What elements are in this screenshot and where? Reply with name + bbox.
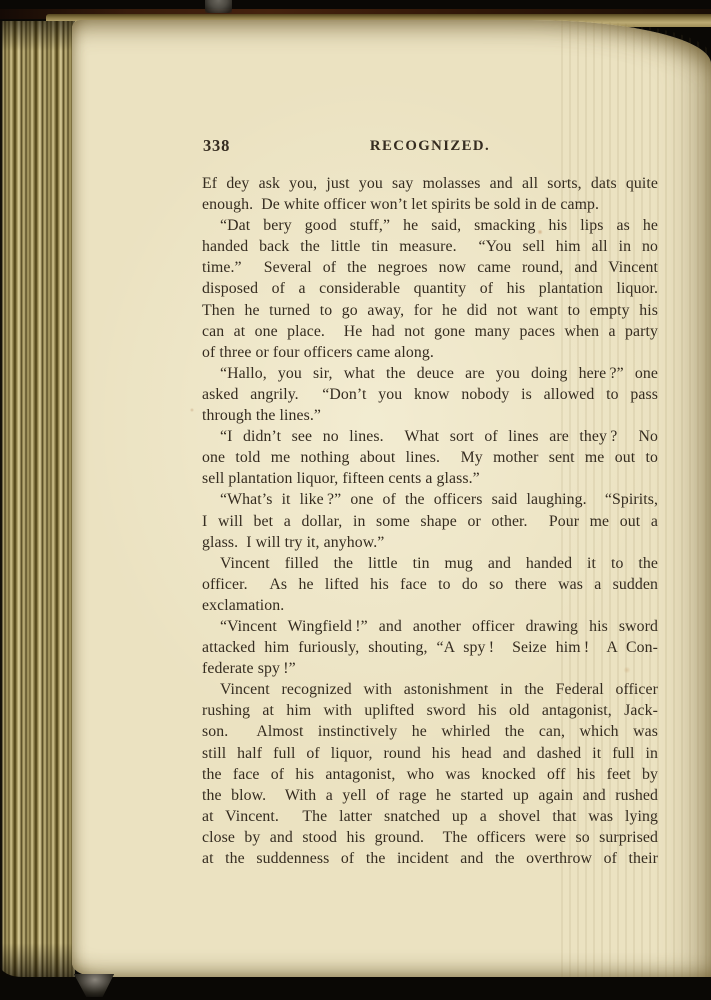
text-line: disposed of a considerable quantity of h… <box>202 278 658 299</box>
text-block: 338 RECOGNIZED. Ef dey ask you, just you… <box>202 136 658 869</box>
book-stand-mark <box>205 0 232 13</box>
text-line: glass. I will try it, anyhow.” <box>202 532 658 553</box>
text-line: son. Almost instinctively he whirled the… <box>202 721 658 742</box>
text-line: still half full of liquor, round his hea… <box>202 743 658 764</box>
text-line: one told me nothing about lines. My moth… <box>202 447 658 468</box>
text-line: officer. As he lifted his face to do so … <box>202 574 658 595</box>
text-line: exclamation. <box>202 595 658 616</box>
page-header: 338 RECOGNIZED. <box>202 136 658 158</box>
text-line: at the suddenness of the incident and th… <box>202 848 658 869</box>
text-line: “Vincent Wingfield !” and another office… <box>202 616 658 637</box>
text-line: through the lines.” <box>202 405 658 426</box>
text-line: Ef dey ask you, just you say molasses an… <box>202 173 658 194</box>
text-line: the blow. With a yell of rage he started… <box>202 785 658 806</box>
text-line: at Vincent. The latter snatched up a sho… <box>202 806 658 827</box>
text-line: of three or four officers came along. <box>202 342 658 363</box>
text-line: can at one place. He had not gone many p… <box>202 321 658 342</box>
text-line: federate spy !” <box>202 658 658 679</box>
text-line: Vincent filled the little tin mug and ha… <box>202 553 658 574</box>
text-line: I will bet a dollar, in some shape or ot… <box>202 511 658 532</box>
text-line: “Hallo, you sir, what the deuce are you … <box>202 363 658 384</box>
book-page: 338 RECOGNIZED. Ef dey ask you, just you… <box>72 20 711 977</box>
text-line: time.” Several of the negroes now came r… <box>202 257 658 278</box>
text-line: close by and stood his ground. The offic… <box>202 827 658 848</box>
text-line: rushing at him with uplifted sword his o… <box>202 700 658 721</box>
text-line: “Dat bery good stuff,” he said, smacking… <box>202 215 658 236</box>
page-number: 338 <box>203 136 230 156</box>
page-edges-left <box>0 21 75 977</box>
text-line: asked angrily. “Don’t you know nobody is… <box>202 384 658 405</box>
spine-shadow <box>70 974 118 997</box>
book-scan: 338 RECOGNIZED. Ef dey ask you, just you… <box>0 0 711 1000</box>
running-title: RECOGNIZED. <box>202 136 658 155</box>
text-line: “What’s it like ?” one of the officers s… <box>202 489 658 510</box>
body-text: Ef dey ask you, just you say molasses an… <box>202 173 658 869</box>
text-line: “I didn’t see no lines. What sort of lin… <box>202 426 658 447</box>
text-line: handed back the little tin measure. “You… <box>202 236 658 257</box>
text-line: attacked him furiously, shouting, “A spy… <box>202 637 658 658</box>
text-line: sell plantation liquor, fifteen cents a … <box>202 468 658 489</box>
text-line: Vincent recognized with astonishment in … <box>202 679 658 700</box>
text-line: the face of his antagonist, who was knoc… <box>202 764 658 785</box>
text-line: Then he turned to go away, for he did no… <box>202 300 658 321</box>
text-line: enough. De white officer won’t let spiri… <box>202 194 658 215</box>
